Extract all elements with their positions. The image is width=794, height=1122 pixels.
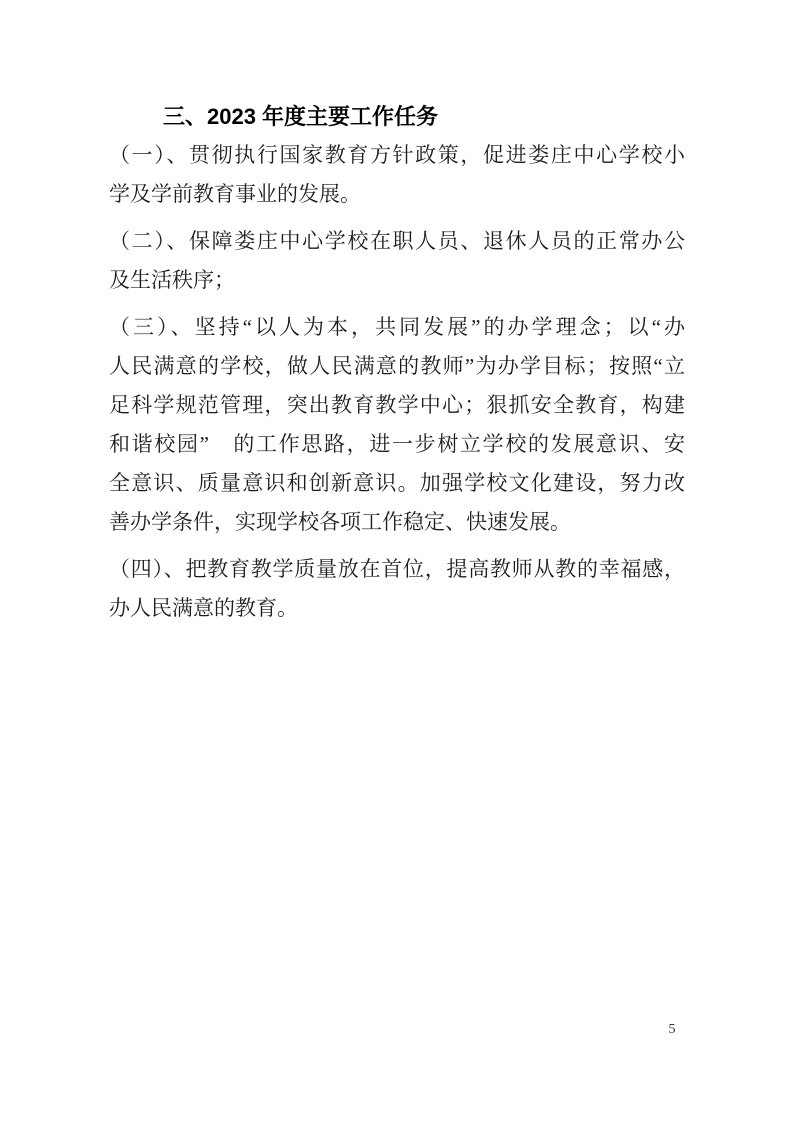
- text-line: 学及学前教育事业的发展。: [109, 175, 685, 214]
- text-line: 善办学条件，实现学校各项工作稳定、快速发展。: [109, 503, 685, 542]
- paragraph-3: （三）、坚持“以人为本，共同发展”的办学理念；以“办 人民满意的学校，做人民满意…: [109, 308, 685, 542]
- page-number: 5: [660, 1020, 684, 1040]
- text-line: （一）、贯彻执行国家教育方针政策，促进娄庄中心学校小: [109, 136, 685, 175]
- paragraph-1: （一）、贯彻执行国家教育方针政策，促进娄庄中心学校小 学及学前教育事业的发展。: [109, 136, 685, 214]
- text-line: 人民满意的学校，做人民满意的教师”为办学目标；按照“立: [109, 347, 685, 386]
- paragraph-2: （二）、保障娄庄中心学校在职人员、退休人员的正常办公 及生活秩序；: [109, 222, 685, 300]
- document-page: 三、2023 年度主要工作任务 （一）、贯彻执行国家教育方针政策，促进娄庄中心学…: [0, 0, 794, 1122]
- text-line: （四）、把教育教学质量放在首位，提高教师从教的幸福感，: [109, 550, 685, 589]
- text-line: （三）、坚持“以人为本，共同发展”的办学理念；以“办: [109, 308, 685, 347]
- document-body: 三、2023 年度主要工作任务 （一）、贯彻执行国家教育方针政策，促进娄庄中心学…: [109, 97, 685, 628]
- text-line: 和谐校园” 的工作思路，进一步树立学校的发展意识、安: [109, 425, 685, 464]
- text-line: （二）、保障娄庄中心学校在职人员、退休人员的正常办公: [109, 222, 685, 261]
- text-line: 全意识、质量意识和创新意识。加强学校文化建设，努力改: [109, 464, 685, 503]
- text-line: 及生活秩序；: [109, 261, 685, 300]
- text-line: 足科学规范管理，突出教育教学中心；狠抓安全教育，构建: [109, 386, 685, 425]
- section-heading: 三、2023 年度主要工作任务: [109, 97, 685, 136]
- text-line: 办人民满意的教育。: [109, 589, 685, 628]
- paragraph-4: （四）、把教育教学质量放在首位，提高教师从教的幸福感， 办人民满意的教育。: [109, 550, 685, 628]
